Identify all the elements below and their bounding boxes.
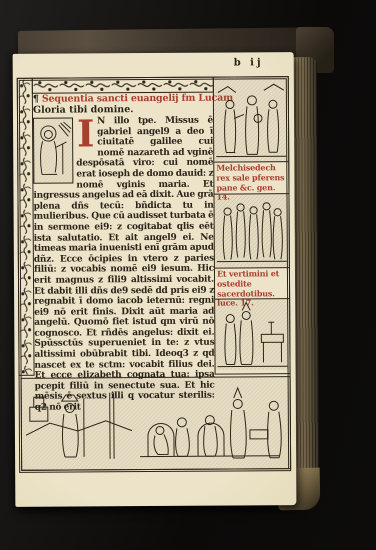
decorative-foliage-border-left: [17, 78, 35, 376]
foliage-pattern-icon: [33, 78, 213, 93]
photograph-of-open-book: b ij ¶ Sequentia sancti euangelij fm Luc…: [0, 0, 376, 550]
woodcut-crowd-scene: [214, 194, 288, 268]
woodcut-priests-at-altar: [215, 299, 289, 370]
gloria-line: Gloria tibi domine.: [33, 104, 213, 116]
pilcrow-mark: ¶: [33, 94, 39, 105]
gospel-text: I N illo tpe. Missus ē gabriel angel9 a …: [33, 116, 215, 414]
crowd-scene-icon: [214, 194, 288, 267]
margin-woodcut-column: Melchisedech rex sale pferens pane &c. g…: [213, 76, 291, 374]
bottom-woodcut-panel: [21, 376, 292, 471]
book-page: b ij ¶ Sequentia sancti euangelij fm Luc…: [13, 52, 297, 507]
priests-at-altar-icon: [215, 299, 289, 370]
rubric-heading: ¶ Sequentia sancti euangelij fm Lucam: [33, 93, 213, 105]
annunciation-vignette-woodcut: [33, 117, 73, 183]
signature-mark: b ij: [234, 57, 280, 68]
woodcut-caption-melchisedech: Melchisedech rex sale pferens pane &c. g…: [214, 162, 288, 194]
foliage-pattern-icon: [18, 79, 34, 375]
woodcut-melchisedech-offering: [214, 77, 289, 162]
woodcut-caption-priests: Et vertimini et ostedite sacerdotibus. l…: [215, 268, 289, 299]
decorative-foliage-border-top: [32, 77, 214, 94]
saint-figure-icon: [34, 119, 72, 183]
presentation-scene-icon: [22, 377, 291, 470]
drop-cap-initial: I: [76, 116, 97, 148]
main-text-column: ¶ Sequentia sancti euangelij fm Lucam Gl…: [33, 93, 215, 375]
rubric-text: Sequentia sancti euangelij fm Lucam: [42, 93, 233, 105]
melchisedech-offering-bread-icon: [214, 77, 289, 161]
